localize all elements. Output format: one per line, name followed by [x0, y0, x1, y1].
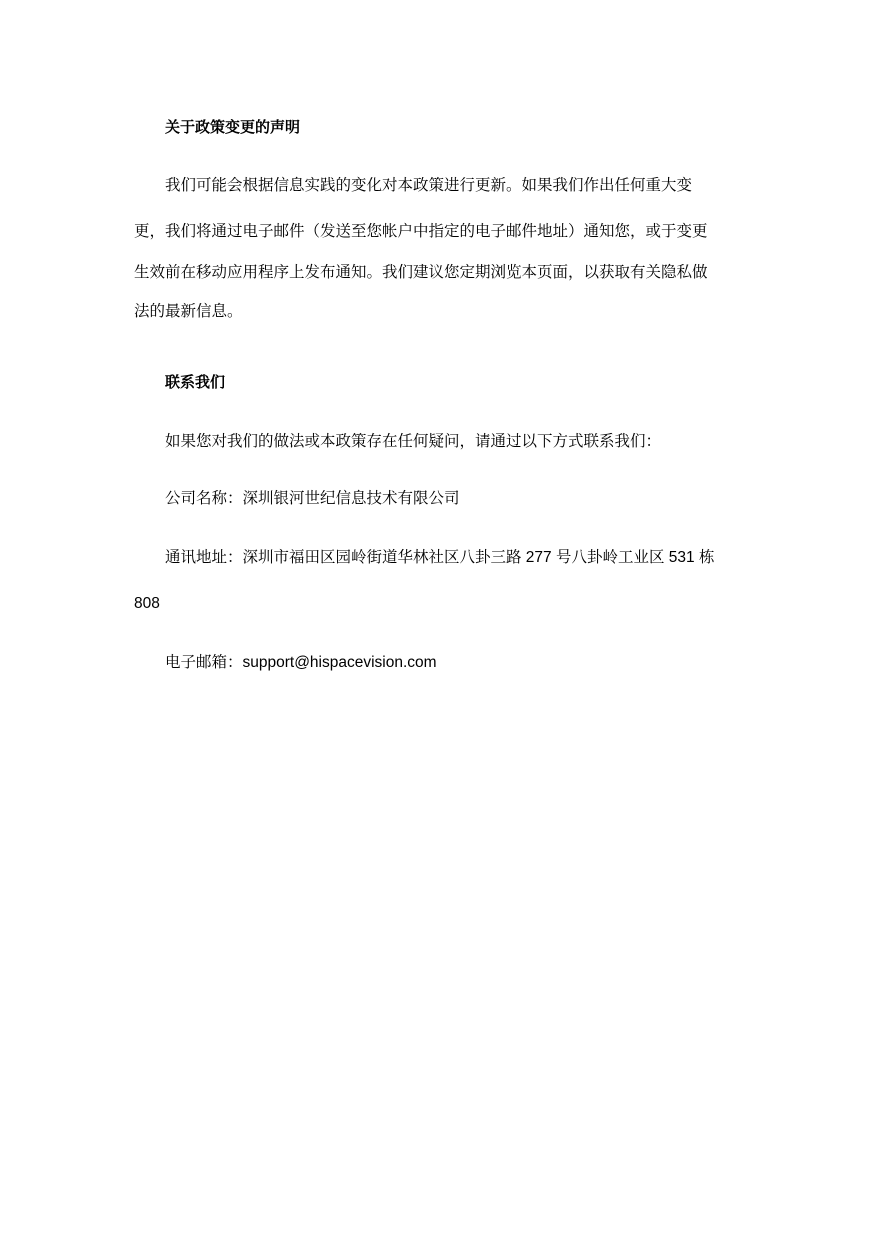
company-name: 公司名称：深圳银河世纪信息技术有限公司	[165, 489, 460, 509]
policy-changes-paragraph-line: 生效前在移动应用程序上发布通知。我们建议您定期浏览本页面，以获取有关隐私做	[134, 263, 708, 283]
policy-changes-paragraph-line: 法的最新信息。	[134, 302, 243, 322]
mailing-address: 通讯地址：深圳市福田区园岭街道华林社区八卦三路 277 号八卦岭工业区 531 …	[165, 548, 714, 568]
document-page: 关于政策变更的声明 我们可能会根据信息实践的变化对本政策进行更新。如果我们作出任…	[0, 0, 884, 1250]
section-heading-contact-us: 联系我们	[165, 373, 225, 393]
policy-changes-paragraph-line: 更，我们将通过电子邮件（发送至您帐户中指定的电子邮件地址）通知您，或于变更	[134, 222, 708, 242]
mailing-address-continued: 808	[134, 594, 160, 614]
section-heading-policy-changes: 关于政策变更的声明	[165, 118, 300, 138]
policy-changes-paragraph-line: 我们可能会根据信息实践的变化对本政策进行更新。如果我们作出任何重大变	[165, 176, 692, 196]
contact-intro: 如果您对我们的做法或本政策存在任何疑问，请通过以下方式联系我们：	[165, 432, 661, 452]
contact-email: 电子邮箱：support@hispacevision.com	[165, 653, 437, 673]
